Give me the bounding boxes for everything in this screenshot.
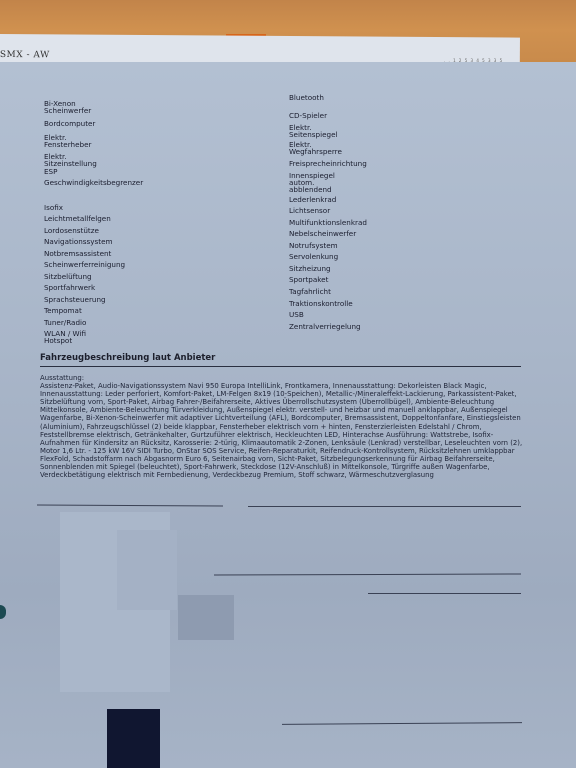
feature-item: Geschwindigkeitsbegrenzer [44,179,244,186]
feature-item: Notbremsassistent [44,250,244,257]
redaction-block [107,709,160,768]
feature-item: Tagfahrlicht [289,288,489,295]
feature-item: Elektr. Seitenspiegel [289,124,489,138]
feature-item: Lordosenstütze [44,227,244,234]
feature-item: Servolenkung [289,253,489,260]
feature-item: Notrufsystem [289,242,489,249]
feature-item: ESP [44,168,244,175]
form-line [368,593,521,594]
feature-item: Navigationssystem [44,238,244,245]
back-sheet-label: SMX - AW [0,50,50,60]
description-text: Assistenz-Paket, Audio-Navigationssystem… [40,382,522,479]
feature-item: Lederlenkrad [289,196,489,203]
feature-item: USB [289,311,489,318]
feature-item: Sitzheizung [289,265,489,272]
feature-item: CD-Spieler [289,112,489,119]
vehicle-description: Ausstattung: Assistenz-Paket, Audio-Navi… [40,374,530,479]
feature-item: Freisprecheinrichtung [289,160,489,167]
section-divider [40,366,521,367]
feature-item: Tempomat [44,307,244,314]
feature-item: Sportpaket [289,276,489,283]
feature-item: Sprachsteuerung [44,296,244,303]
feature-item: Bluetooth [289,94,489,101]
redaction-patch [117,530,177,610]
feature-item: Nebelscheinwerfer [289,230,489,237]
feature-item: Tuner/Radio [44,319,244,326]
feature-item: Bi-Xenon Scheinwerfer [44,100,244,114]
feature-item: WLAN / Wifi Hotspot [44,330,244,344]
section-title: Fahrzeugbeschreibung laut Anbieter [40,353,215,363]
description-label: Ausstattung: [40,374,530,382]
feature-item: Isofix [44,204,244,211]
feature-item: Elektr. Sitzeinstellung [44,153,244,167]
redaction-patch [178,595,234,640]
feature-item: Leichtmetallfelgen [44,215,244,222]
feature-item: Traktionskontrolle [289,300,489,307]
feature-item: Elektr. Wegfahrsperre [289,141,489,155]
feature-item: Innenspiegel autom. abblendend [289,172,489,194]
feature-item: Elektr. Fensterheber [44,134,244,148]
feature-item: Multifunktionslenkrad [289,219,489,226]
feature-item: Sportfahrwerk [44,284,244,291]
feature-item: Sitzbelüftung [44,273,244,280]
form-line [248,506,521,507]
feature-item: Lichtsensor [289,207,489,214]
feature-item: Zentralverriegelung [289,323,489,330]
feature-item: Bordcomputer [44,120,244,127]
feature-item: Scheinwerferreinigung [44,261,244,268]
